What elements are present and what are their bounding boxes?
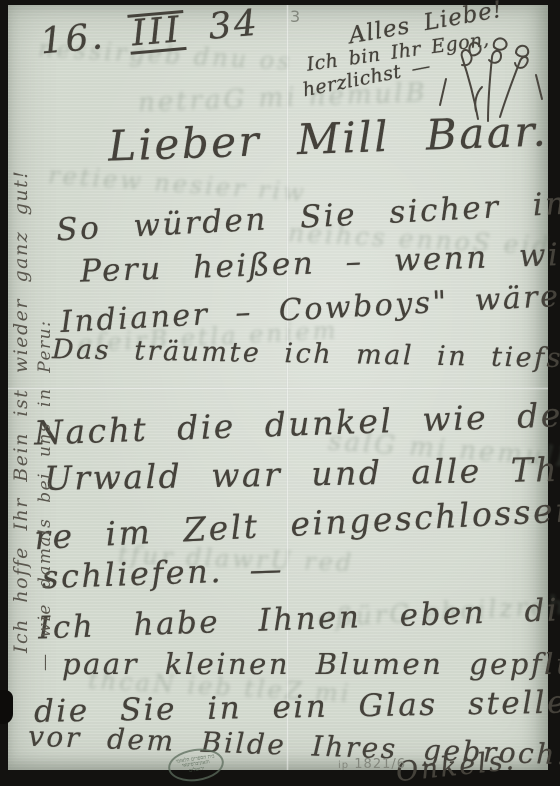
archive-value: 1821/6 — [354, 757, 406, 772]
archive-number: ip 1821/6 — [338, 757, 406, 772]
body-line: Das träumte ich mal in tiefster — [52, 336, 560, 374]
date-day: 16. — [39, 16, 107, 62]
scan-border-ink-blob — [0, 690, 13, 724]
letter-date: 16. III 34 — [39, 4, 261, 63]
body-line: Ich habe Ihnen eben die — [38, 594, 560, 645]
body-line: schliefen. — — [41, 553, 284, 595]
body-line: Urwald war und alle Thie- — [44, 452, 560, 496]
stamp-text-line: ירושלים — [189, 767, 205, 775]
body-line: Nacht die dunkel wie des — [34, 397, 560, 451]
salutation: Lieber Mill Baar. — [107, 109, 549, 168]
body-line: re im Zelt eingeschlossen — [33, 493, 560, 556]
horizontal-fold-crease — [8, 387, 548, 390]
body-line: paar kleinen Blumen gepflückt — [62, 649, 560, 679]
scanned-letter: nessirgeb dnu os netraG mi nemulB retiew… — [0, 0, 560, 786]
body-line: Peru heißen – wenn wir — [80, 238, 560, 288]
margin-note-inner: — wie damals bei uns in Peru: — [35, 320, 55, 671]
archive-prefix: ip — [338, 760, 349, 771]
margin-note-outer: Ich hoffe Ihr Bein ist wieder ganz gut! — [10, 170, 32, 653]
date-month-roman-numeral: III — [127, 10, 186, 55]
letter-paper: nessirgeb dnu os netraG mi nemulB retiew… — [8, 5, 548, 770]
body-line: Indianer – Cowboys" wären. — [60, 279, 560, 338]
date-year: 34 — [207, 3, 261, 48]
body-line: So würden Sie sicher in — [55, 188, 560, 247]
page-number: 3 — [290, 7, 300, 26]
